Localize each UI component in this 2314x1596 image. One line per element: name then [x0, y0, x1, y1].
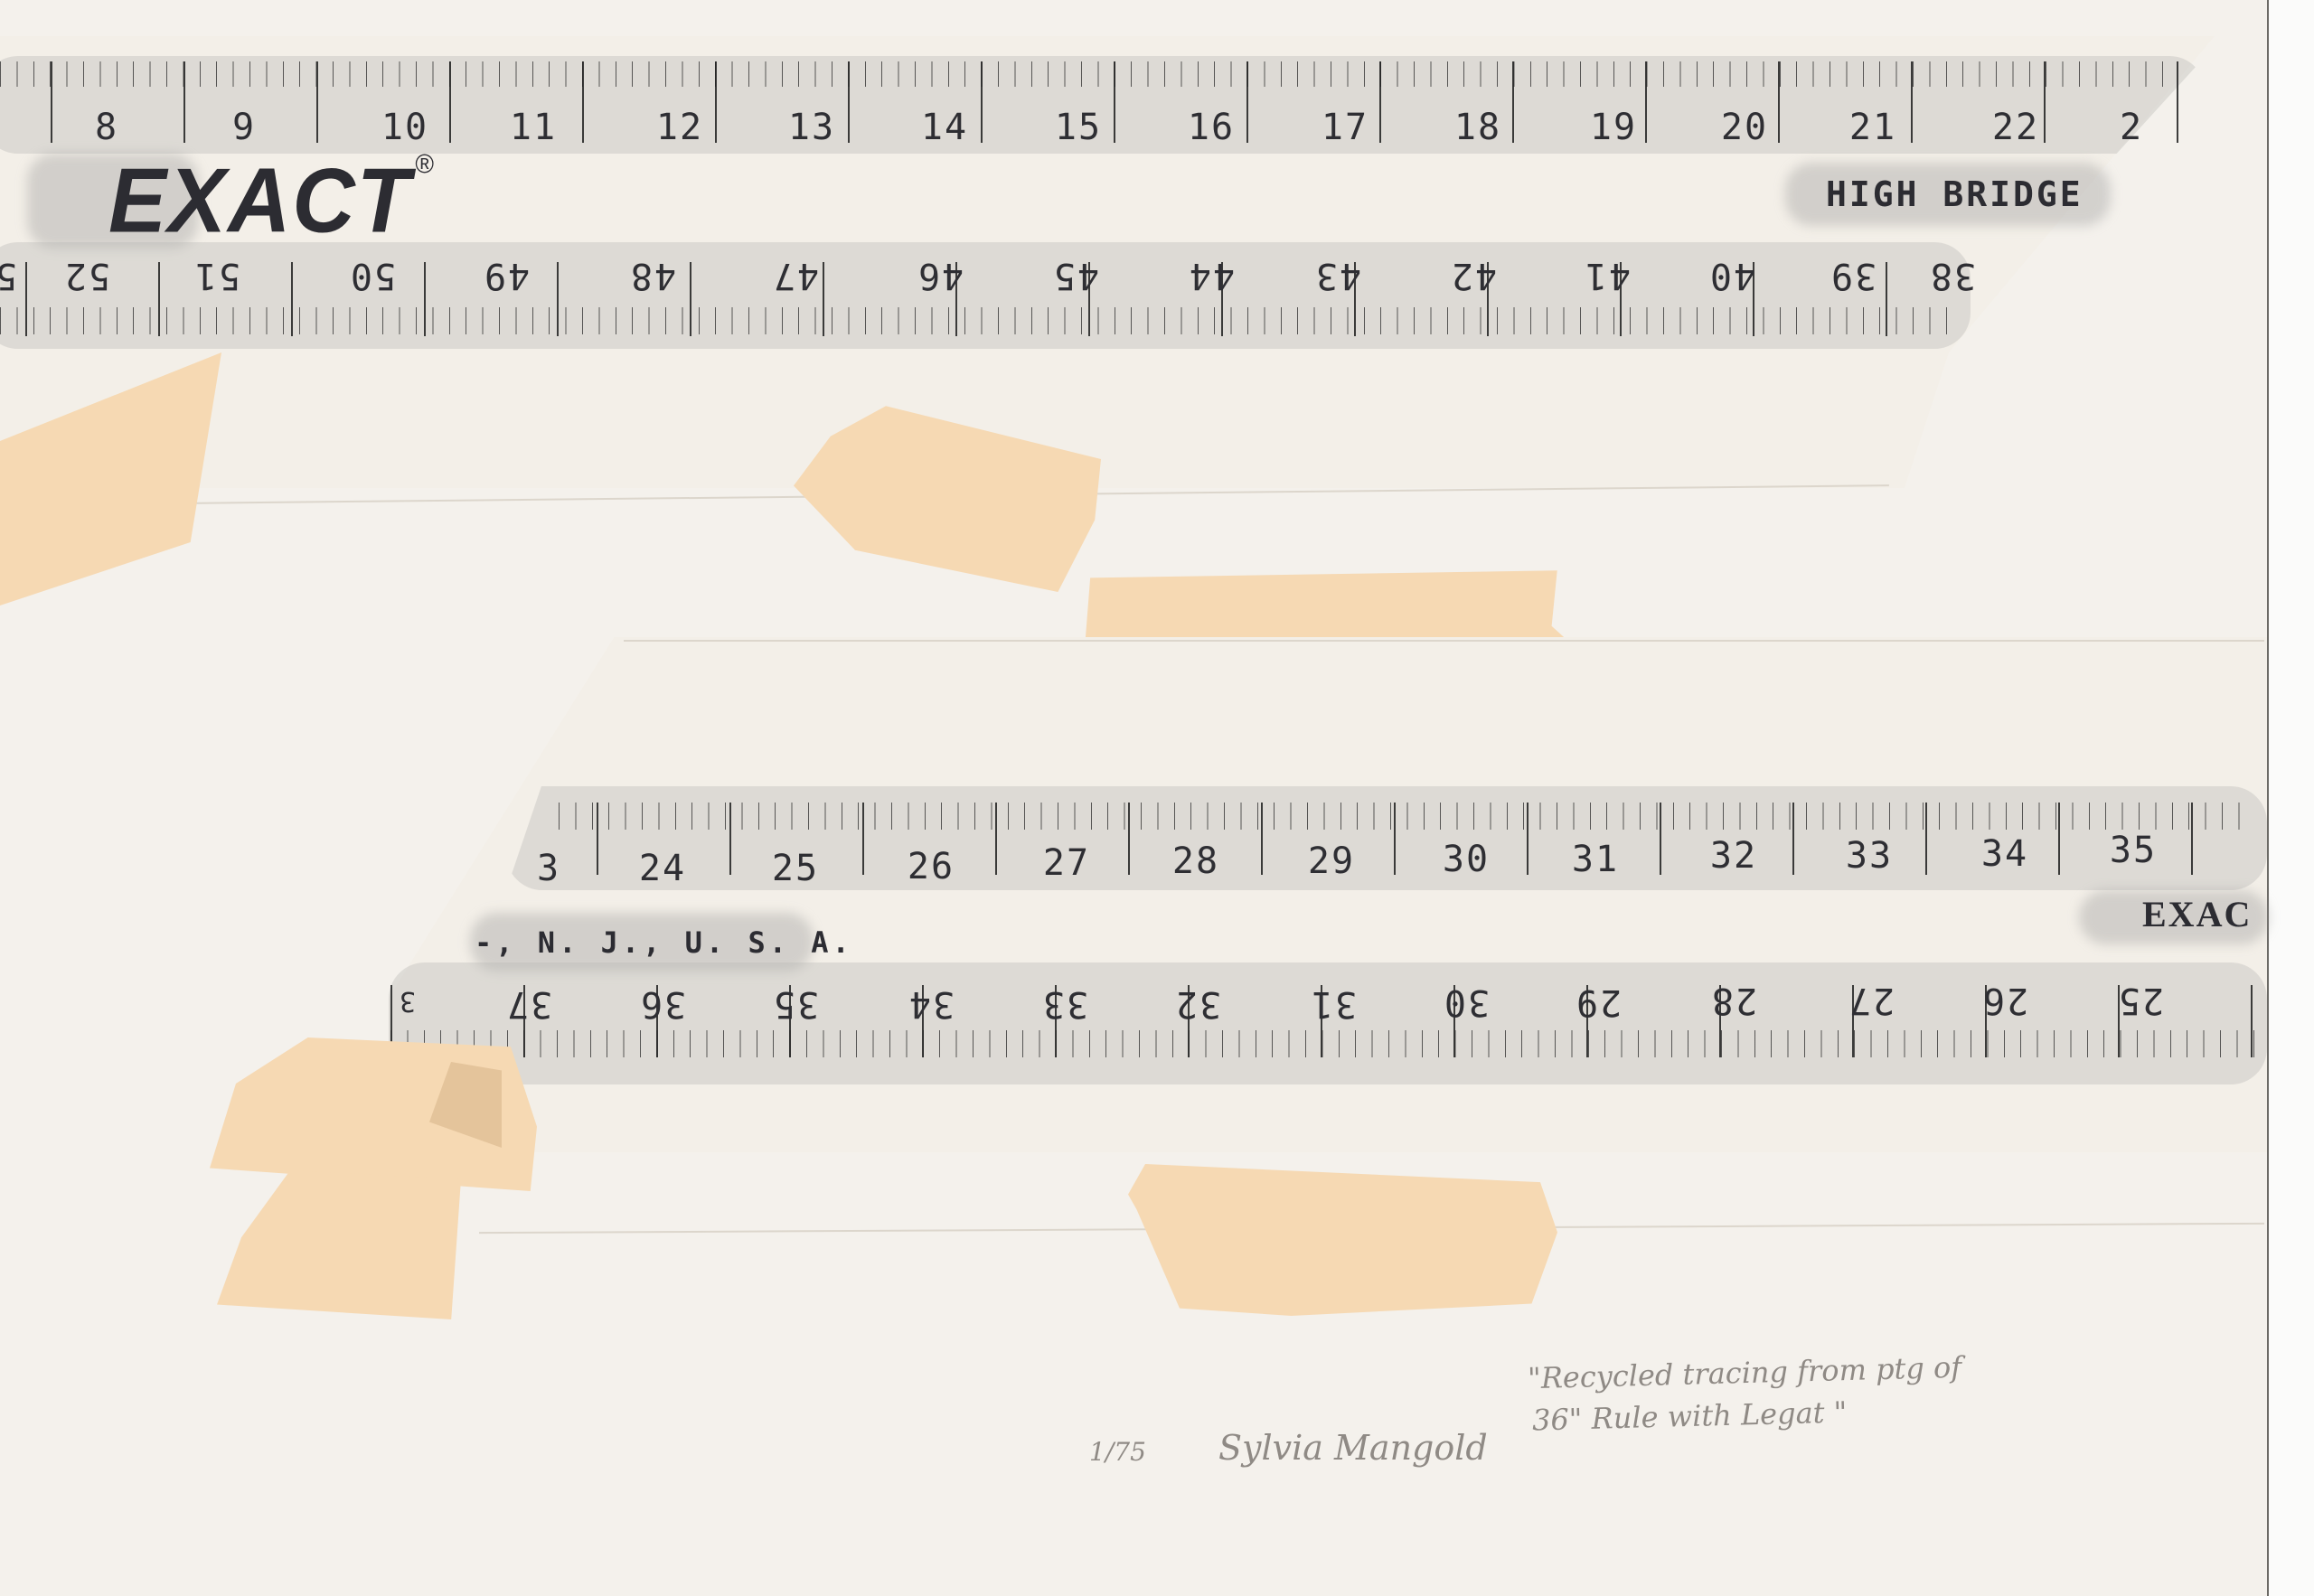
ruler-number-reversed: 50	[349, 255, 396, 296]
ruler-number-reversed: 35	[772, 983, 819, 1025]
ruler-number: 10	[381, 107, 428, 148]
ruler-number: 11	[510, 107, 557, 148]
ruler-number-reversed: 45	[1052, 255, 1099, 296]
ruler-number-reversed: 44	[1188, 255, 1235, 296]
ruler-number-reversed: 52	[63, 255, 110, 296]
ruler-number: 29	[1308, 840, 1355, 882]
ruler-number-reversed: 36	[639, 983, 686, 1025]
location-text: -, N. J., U. S. A.	[475, 925, 853, 960]
exact-brand-text: EXACT	[108, 150, 411, 251]
ruler-number: 20	[1721, 107, 1768, 148]
high-bridge-brand: HIGH BRIDGE	[1826, 174, 2084, 214]
ruler-number-reversed: 41	[1584, 255, 1631, 296]
ruler-number: 33	[1846, 835, 1893, 877]
ruler-number-reversed: 33	[1041, 983, 1088, 1025]
ruler-number: 30	[1443, 839, 1490, 880]
ruler-number: 17	[1322, 107, 1369, 148]
ruler-number: 18	[1454, 107, 1501, 148]
ruler-number: 25	[772, 848, 819, 889]
ruler-number-reversed: 43	[1314, 255, 1361, 296]
ruler-number-reversed: 34	[908, 983, 955, 1025]
ruler-number: 34	[1981, 833, 2028, 875]
ruler-number-reversed: 47	[772, 255, 819, 296]
ruler-number-reversed: 49	[483, 255, 530, 296]
ruler-number: 28	[1172, 840, 1219, 882]
ruler-number-reversed: 26	[1981, 980, 2028, 1021]
ruler-number-reversed: 25	[2117, 980, 2164, 1021]
exact-brand-logo: EXACT®	[108, 149, 436, 254]
ruler-number: 13	[788, 107, 835, 148]
ruler-number-reversed: 42	[1450, 255, 1497, 296]
registered-mark: ®	[415, 149, 436, 179]
ruler-number: 21	[1849, 107, 1896, 148]
ruler-number: 19	[1590, 107, 1637, 148]
ruler-number: 14	[921, 107, 968, 148]
ruler-number: 26	[908, 846, 955, 887]
ruler-number: 16	[1188, 107, 1235, 148]
ruler-number: 2	[2120, 107, 2143, 148]
ruler-number-reversed: 51	[193, 255, 240, 296]
ruler-number-reversed: 30	[1443, 981, 1490, 1023]
ruler-number-reversed: 37	[505, 983, 552, 1025]
ruler-number: 27	[1043, 842, 1090, 884]
ruler-number: 35	[2110, 830, 2157, 871]
ruler-number-reversed: 32	[1174, 983, 1221, 1025]
ruler-number-reversed: 28	[1710, 980, 1757, 1021]
ruler-number-reversed: 31	[1310, 983, 1357, 1025]
ruler-number: 9	[232, 107, 256, 148]
ruler-number-reversed: 29	[1575, 981, 1622, 1023]
ruler-number: 15	[1055, 107, 1102, 148]
exac-brand-text: EXAC	[2142, 893, 2252, 935]
ruler-number: 3	[537, 848, 560, 889]
lower-strip-top-torn-edge	[624, 640, 2264, 642]
masking-tape-lower-center	[1128, 1164, 1557, 1316]
ruler-number: 24	[639, 848, 686, 889]
ruler-number: 12	[656, 107, 703, 148]
ruler-number: 31	[1572, 839, 1619, 880]
ruler-number-reversed: 5	[0, 255, 17, 296]
ruler-number-reversed: 3	[398, 985, 416, 1017]
upper-ruler-bottom-major-ticks	[25, 262, 1969, 336]
ruler-number: 32	[1710, 835, 1757, 877]
ruler-number: 22	[1992, 107, 2039, 148]
ruler-number-reversed: 40	[1708, 255, 1755, 296]
artist-signature: Sylvia Mangold	[1218, 1428, 1488, 1468]
ruler-number-reversed: 39	[1830, 255, 1877, 296]
ruler-number-reversed: 38	[1929, 255, 1976, 296]
ruler-number: 8	[95, 107, 118, 148]
edition-number: 1/75	[1089, 1437, 1146, 1467]
ruler-number-reversed: 48	[629, 255, 676, 296]
ruler-number-reversed: 27	[1848, 980, 1895, 1021]
ruler-number-reversed: 46	[917, 255, 964, 296]
